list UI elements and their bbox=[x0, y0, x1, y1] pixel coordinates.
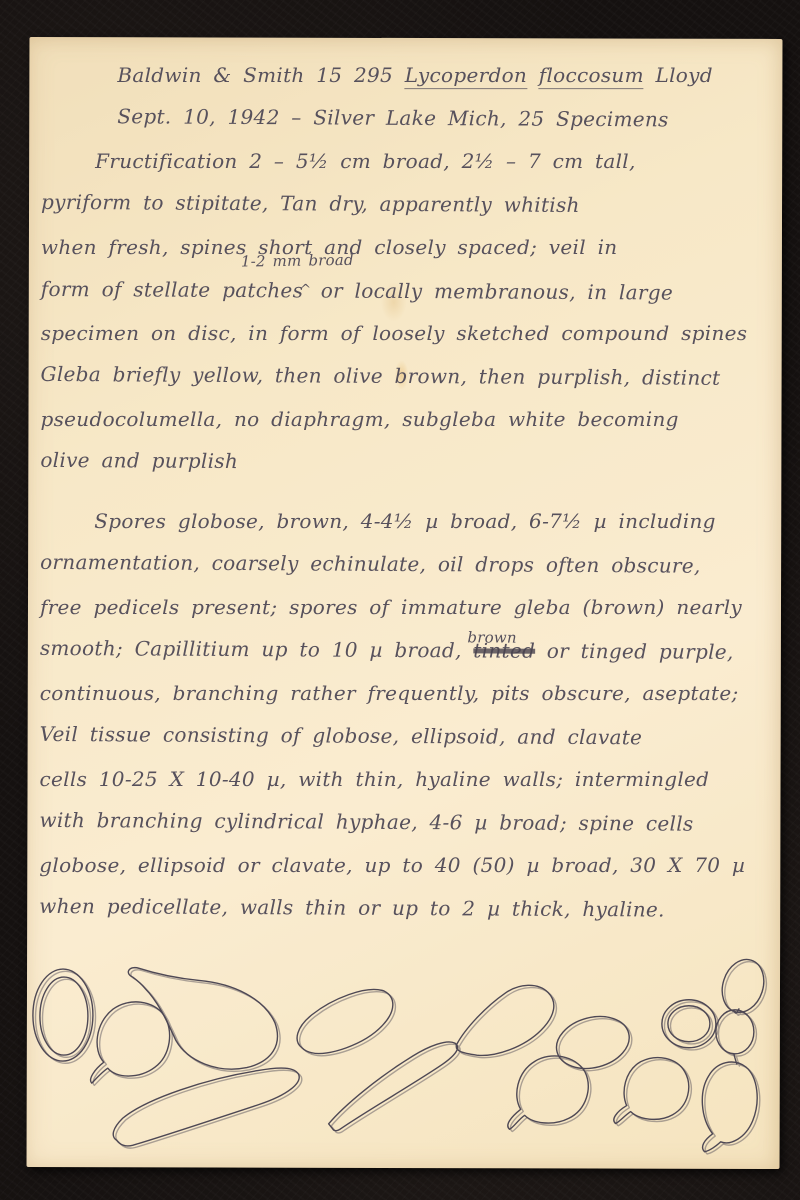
manuscript-segment: form of stellate patches bbox=[41, 277, 303, 303]
manuscript-line: Veil tissue consisting of globose, ellip… bbox=[40, 713, 771, 760]
manuscript-line: when pedicellate, walls thin or up to 2 … bbox=[39, 885, 770, 932]
manuscript-line: Baldwin & Smith 15 295 Lycoperdon flocco… bbox=[117, 54, 772, 97]
manuscript-segment: Sept. 10, 1942 – Silver Lake Mich, 25 Sp… bbox=[117, 104, 669, 131]
manuscript-segment: Gleba briefly yellow, then olive brown, … bbox=[41, 362, 721, 390]
clavate-cell-sketch bbox=[329, 1042, 458, 1131]
globose-cell-sketch bbox=[33, 969, 93, 1061]
manuscript-segment: Spores globose, brown, 4-4½ µ broad, 6-7… bbox=[94, 509, 716, 533]
manuscript-segment: or tinged purple, bbox=[535, 639, 734, 664]
manuscript-segment: when pedicellate, walls thin or up to 2 … bbox=[39, 894, 665, 922]
inserted-correction-word: brown bbox=[467, 630, 516, 645]
manuscript-segment: pseudocolumella, no diaphragm, subgleba … bbox=[40, 407, 678, 431]
manuscript-line: Spores globose, brown, 4-4½ µ broad, 6-7… bbox=[94, 500, 771, 543]
manuscript-line: continuous, branching rather frequently,… bbox=[40, 672, 771, 715]
long-ellipsoid-cell-sketch bbox=[113, 1068, 299, 1147]
pyriform-cell-sketch bbox=[614, 1057, 689, 1123]
manuscript-segment: floccosum bbox=[539, 63, 644, 89]
manuscript-line: cells 10-25 X 10-40 µ, with thin, hyalin… bbox=[40, 758, 771, 801]
manuscript-segment: olive and purplish bbox=[40, 448, 238, 473]
manuscript-segment: specimen on disc, in form of loosely ske… bbox=[41, 321, 748, 345]
manuscript-segment: smooth; Capillitium up to 10 µ broad, bbox=[40, 636, 474, 662]
manuscript-line: form of stellate patches^ or locally mem… bbox=[41, 267, 772, 314]
manuscript-segment: pyriform to stipitate, Tan dry, apparent… bbox=[41, 190, 580, 217]
manuscript-line: pyriform to stipitate, Tan dry, apparent… bbox=[41, 181, 772, 228]
manuscript-paper: 1-2 mm broad Baldwin & Smith 15 295 Lyco… bbox=[27, 37, 783, 1169]
spore-cell-sketches bbox=[27, 952, 781, 1169]
manuscript-segment: Lycoperdon bbox=[405, 63, 527, 89]
manuscript-segment: with branching cylindrical hyphae, 4-6 µ… bbox=[39, 808, 693, 836]
pedicellate-spine-cell-chain-sketch bbox=[702, 954, 770, 1152]
manuscript-segment: Baldwin & Smith 15 295 bbox=[117, 63, 404, 87]
manuscript-line: with branching cylindrical hyphae, 4-6 µ… bbox=[39, 799, 770, 846]
clavate-cell-sketch bbox=[456, 985, 554, 1056]
manuscript-line: ornamentation, coarsely echinulate, oil … bbox=[40, 541, 771, 588]
pyriform-cell-sketch bbox=[91, 1002, 170, 1084]
manuscript-line: Sept. 10, 1942 – Silver Lake Mich, 25 Sp… bbox=[117, 95, 772, 142]
manuscript-segment: continuous, branching rather frequently,… bbox=[40, 681, 739, 705]
manuscript-segment: cells 10-25 X 10-40 µ, with thin, hyalin… bbox=[40, 767, 710, 791]
manuscript-segment: Lloyd bbox=[644, 63, 713, 87]
manuscript-line: globose, ellipsoid or clavate, up to 40 … bbox=[39, 844, 770, 887]
manuscript-line: Fructification 2 – 5½ cm broad, 2½ – 7 c… bbox=[95, 140, 772, 183]
manuscript-line: olive and purplish bbox=[40, 439, 771, 486]
manuscript-line: Gleba briefly yellow, then olive brown, … bbox=[40, 353, 771, 400]
manuscript-segment: Veil tissue consisting of globose, ellip… bbox=[40, 722, 643, 749]
manuscript-line: smooth; Capillitium up to 10 µ broad, ti… bbox=[40, 627, 771, 674]
manuscript-segment: globose, ellipsoid or clavate, up to 40 … bbox=[39, 853, 745, 877]
manuscript-segment bbox=[527, 63, 539, 87]
manuscript-line: pseudocolumella, no diaphragm, subgleba … bbox=[40, 398, 771, 441]
manuscript-segment: tintedbrown bbox=[473, 638, 535, 662]
manuscript-segment: ornamentation, coarsely echinulate, oil … bbox=[40, 550, 701, 578]
manuscript-segment: when fresh, spines short and closely spa… bbox=[41, 235, 618, 259]
manuscript-segment: or locally membranous, in large bbox=[309, 278, 673, 304]
manuscript-line: when fresh, spines short and closely spa… bbox=[41, 226, 772, 269]
manuscript-line: specimen on disc, in form of loosely ske… bbox=[41, 312, 772, 355]
manuscript-segment: free pedicels present; spores of immatur… bbox=[40, 595, 742, 619]
manuscript-segment: Fructification 2 – 5½ cm broad, 2½ – 7 c… bbox=[95, 149, 636, 173]
scanned-photo-backdrop: { "page":{ "background_color":"#151110",… bbox=[0, 0, 800, 1200]
manuscript-line: free pedicels present; spores of immatur… bbox=[40, 586, 771, 629]
